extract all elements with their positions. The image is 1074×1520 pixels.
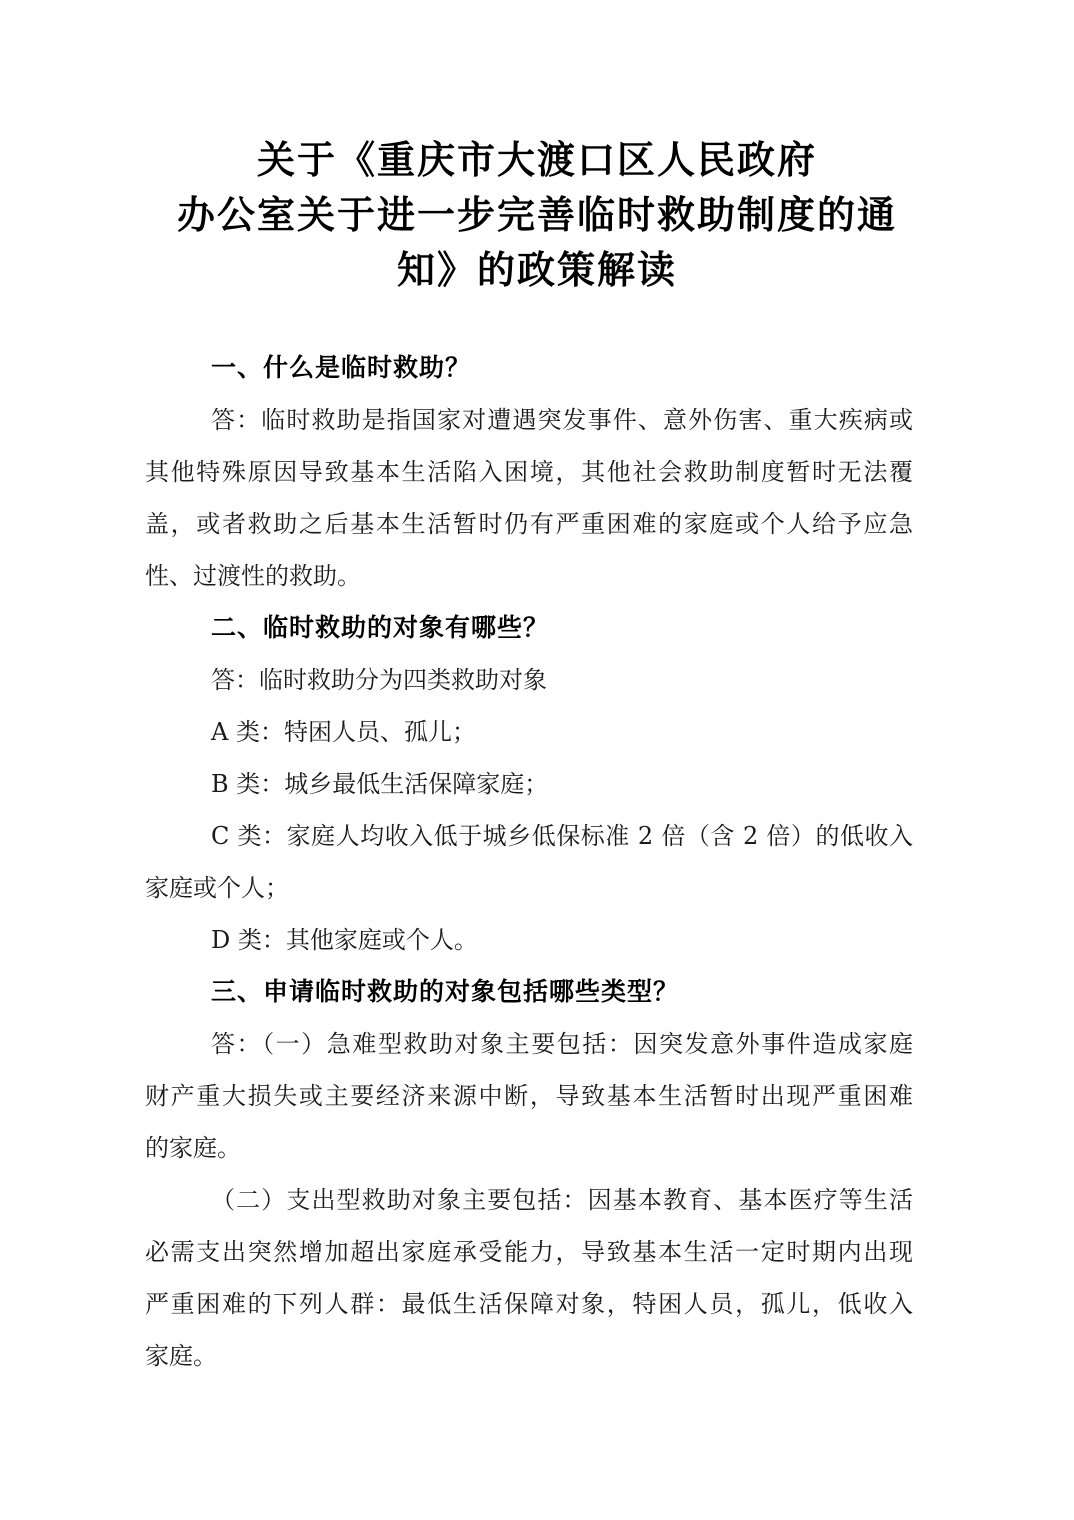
document-line: （二）支出型救助对象主要包括：因基本教育、基本医疗等生活 [145,1174,913,1226]
document-page: 关于《重庆市大渡口区人民政府 办公室关于进一步完善临时救助制度的通 知》的政策解… [0,0,1074,1520]
document-line: 性、过渡性的救助。 [145,550,913,602]
section-heading: 二、临时救助的对象有哪些？ [145,602,913,654]
document-line: C 类：家庭人均收入低于城乡低保标准 2 倍（含 2 倍）的低收入 [145,810,913,862]
document-line: 财产重大损失或主要经济来源中断，导致基本生活暂时出现严重困难 [145,1070,913,1122]
document-line: 其他特殊原因导致基本生活陷入困境，其他社会救助制度暂时无法覆 [145,446,913,498]
document-line: 必需支出突然增加超出家庭承受能力，导致基本生活一定时期内出现 [145,1226,913,1278]
section-heading: 三、申请临时救助的对象包括哪些类型？ [145,966,913,1018]
title-line-3: 知》的政策解读 [87,243,987,298]
document-line: 家庭或个人； [145,862,913,914]
document-line: B 类：城乡最低生活保障家庭； [145,758,913,810]
document-line: 严重困难的下列人群：最低生活保障对象，特困人员，孤儿，低收入 [145,1278,913,1330]
document-line: A 类：特困人员、孤儿； [145,706,913,758]
title-line-2: 办公室关于进一步完善临时救助制度的通 [87,188,987,243]
document-line: 的家庭。 [145,1122,913,1174]
document-line: D 类：其他家庭或个人。 [145,914,913,966]
document-body: 一、什么是临时救助？答：临时救助是指国家对遭遇突发事件、意外伤害、重大疾病或其他… [145,342,913,1382]
document-line: 盖，或者救助之后基本生活暂时仍有严重困难的家庭或个人给予应急 [145,498,913,550]
title-line-1: 关于《重庆市大渡口区人民政府 [87,133,987,188]
document-line: 答：临时救助是指国家对遭遇突发事件、意外伤害、重大疾病或 [145,394,913,446]
document-line: 答：（一）急难型救助对象主要包括：因突发意外事件造成家庭 [145,1018,913,1070]
document-line: 家庭。 [145,1330,913,1382]
document-line: 答：临时救助分为四类救助对象 [145,654,913,706]
section-heading: 一、什么是临时救助？ [145,342,913,394]
document-title: 关于《重庆市大渡口区人民政府 办公室关于进一步完善临时救助制度的通 知》的政策解… [87,133,987,298]
